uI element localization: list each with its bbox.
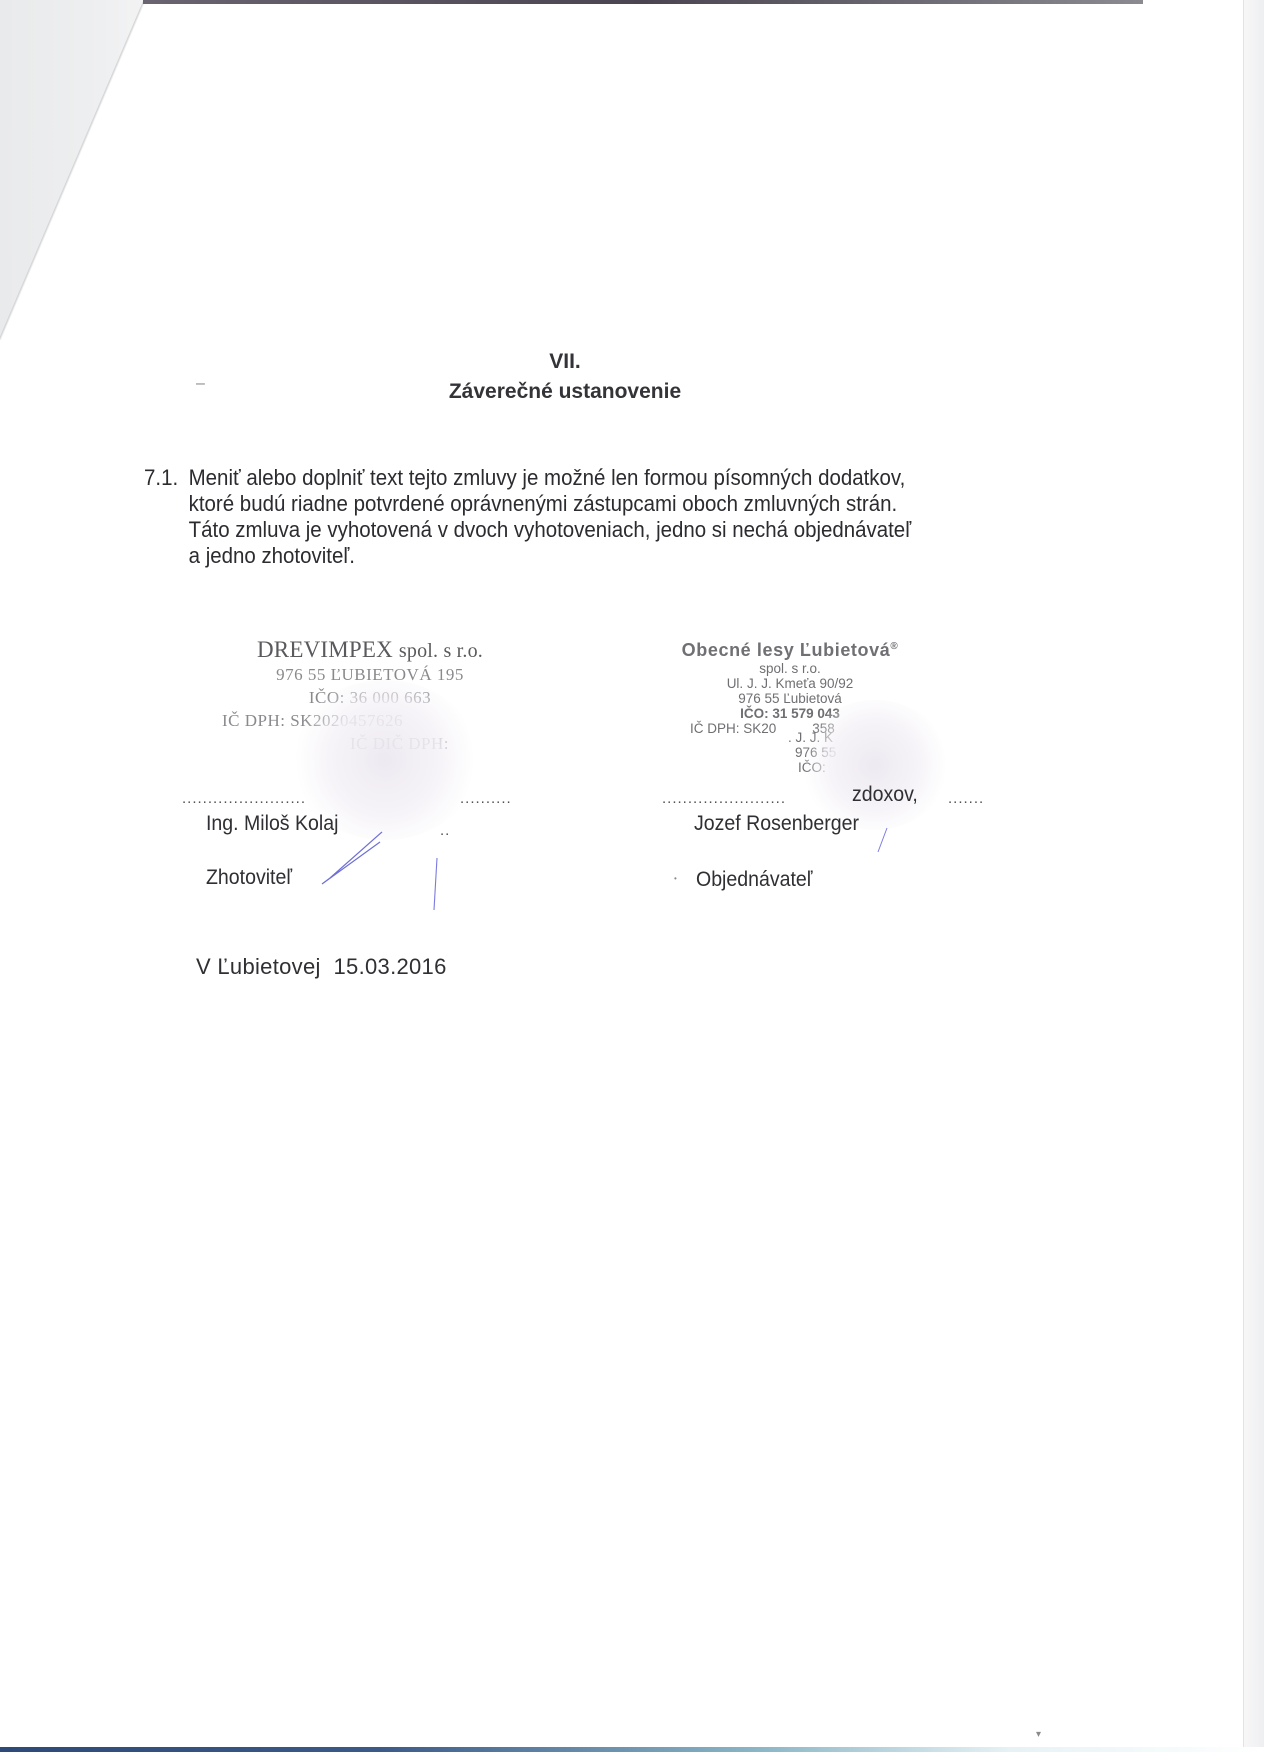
clause-line: Táto zmluva je vyhotovená v dvoch vyhoto… [144, 517, 1037, 543]
client-signatory: Jozef Rosenberger [694, 812, 859, 836]
client-role: Objednávateľ [696, 868, 812, 892]
scan-right-edge [1243, 0, 1264, 1752]
scan-speck: ▾ [1036, 1730, 1041, 1740]
contractor-stamp-legal-form: spol. s r.o. [399, 640, 483, 662]
section-number: VII. [0, 350, 1130, 374]
place: V Ľubietovej [196, 954, 321, 979]
redaction-blur [800, 700, 950, 830]
contractor-signatory: Ing. Miloš Kolaj [206, 812, 338, 836]
date: 15.03.2016 [334, 954, 447, 979]
clause-line: Meniť alebo doplniť text tejto zmluvy je… [189, 465, 906, 490]
clause-line: a jedno zhotoviteľ. [144, 543, 1037, 569]
signature-strokes [0, 0, 1264, 1752]
client-stamp-street: Ul. J. J. Kmeťa 90/92 [640, 676, 940, 691]
contractor-signature-line: ........................ [182, 790, 306, 807]
clause-line: ktoré budú riadne potvrdené oprávnenými … [144, 491, 1037, 517]
client-name-fragment: zdoxov, [852, 783, 918, 807]
scan-top-edge [143, 0, 1143, 4]
contractor-role: Zhotoviteľ [206, 866, 292, 890]
scan-speck: • [674, 875, 677, 883]
client-stamp-ic-dph: IČ DPH: SK20 [690, 721, 776, 736]
client-signature-line-end: ....... [948, 790, 984, 807]
client-signature-line: ........................ [662, 790, 786, 807]
contractor-signature-line-end: .......... [460, 790, 512, 807]
section-title: Záverečné ustanovenie [0, 380, 1130, 404]
client-stamp-name: Obecné lesy Ľubietová [682, 640, 891, 660]
scan-bottom-edge [0, 1747, 1264, 1752]
fold-edge [0, 0, 145, 340]
dots-mark: .. [440, 822, 450, 839]
clause-7-1: 7.1.Meniť alebo doplniť text tejto zmluv… [144, 465, 1037, 569]
registered-mark-icon: ® [890, 641, 898, 652]
client-stamp-legal-form: spol. s r.o. [640, 661, 940, 676]
clause-number: 7.1. [144, 465, 189, 491]
contractor-stamp-name: DREVIMPEX [257, 637, 393, 662]
place-and-date: V Ľubietovej 15.03.2016 [196, 954, 447, 980]
